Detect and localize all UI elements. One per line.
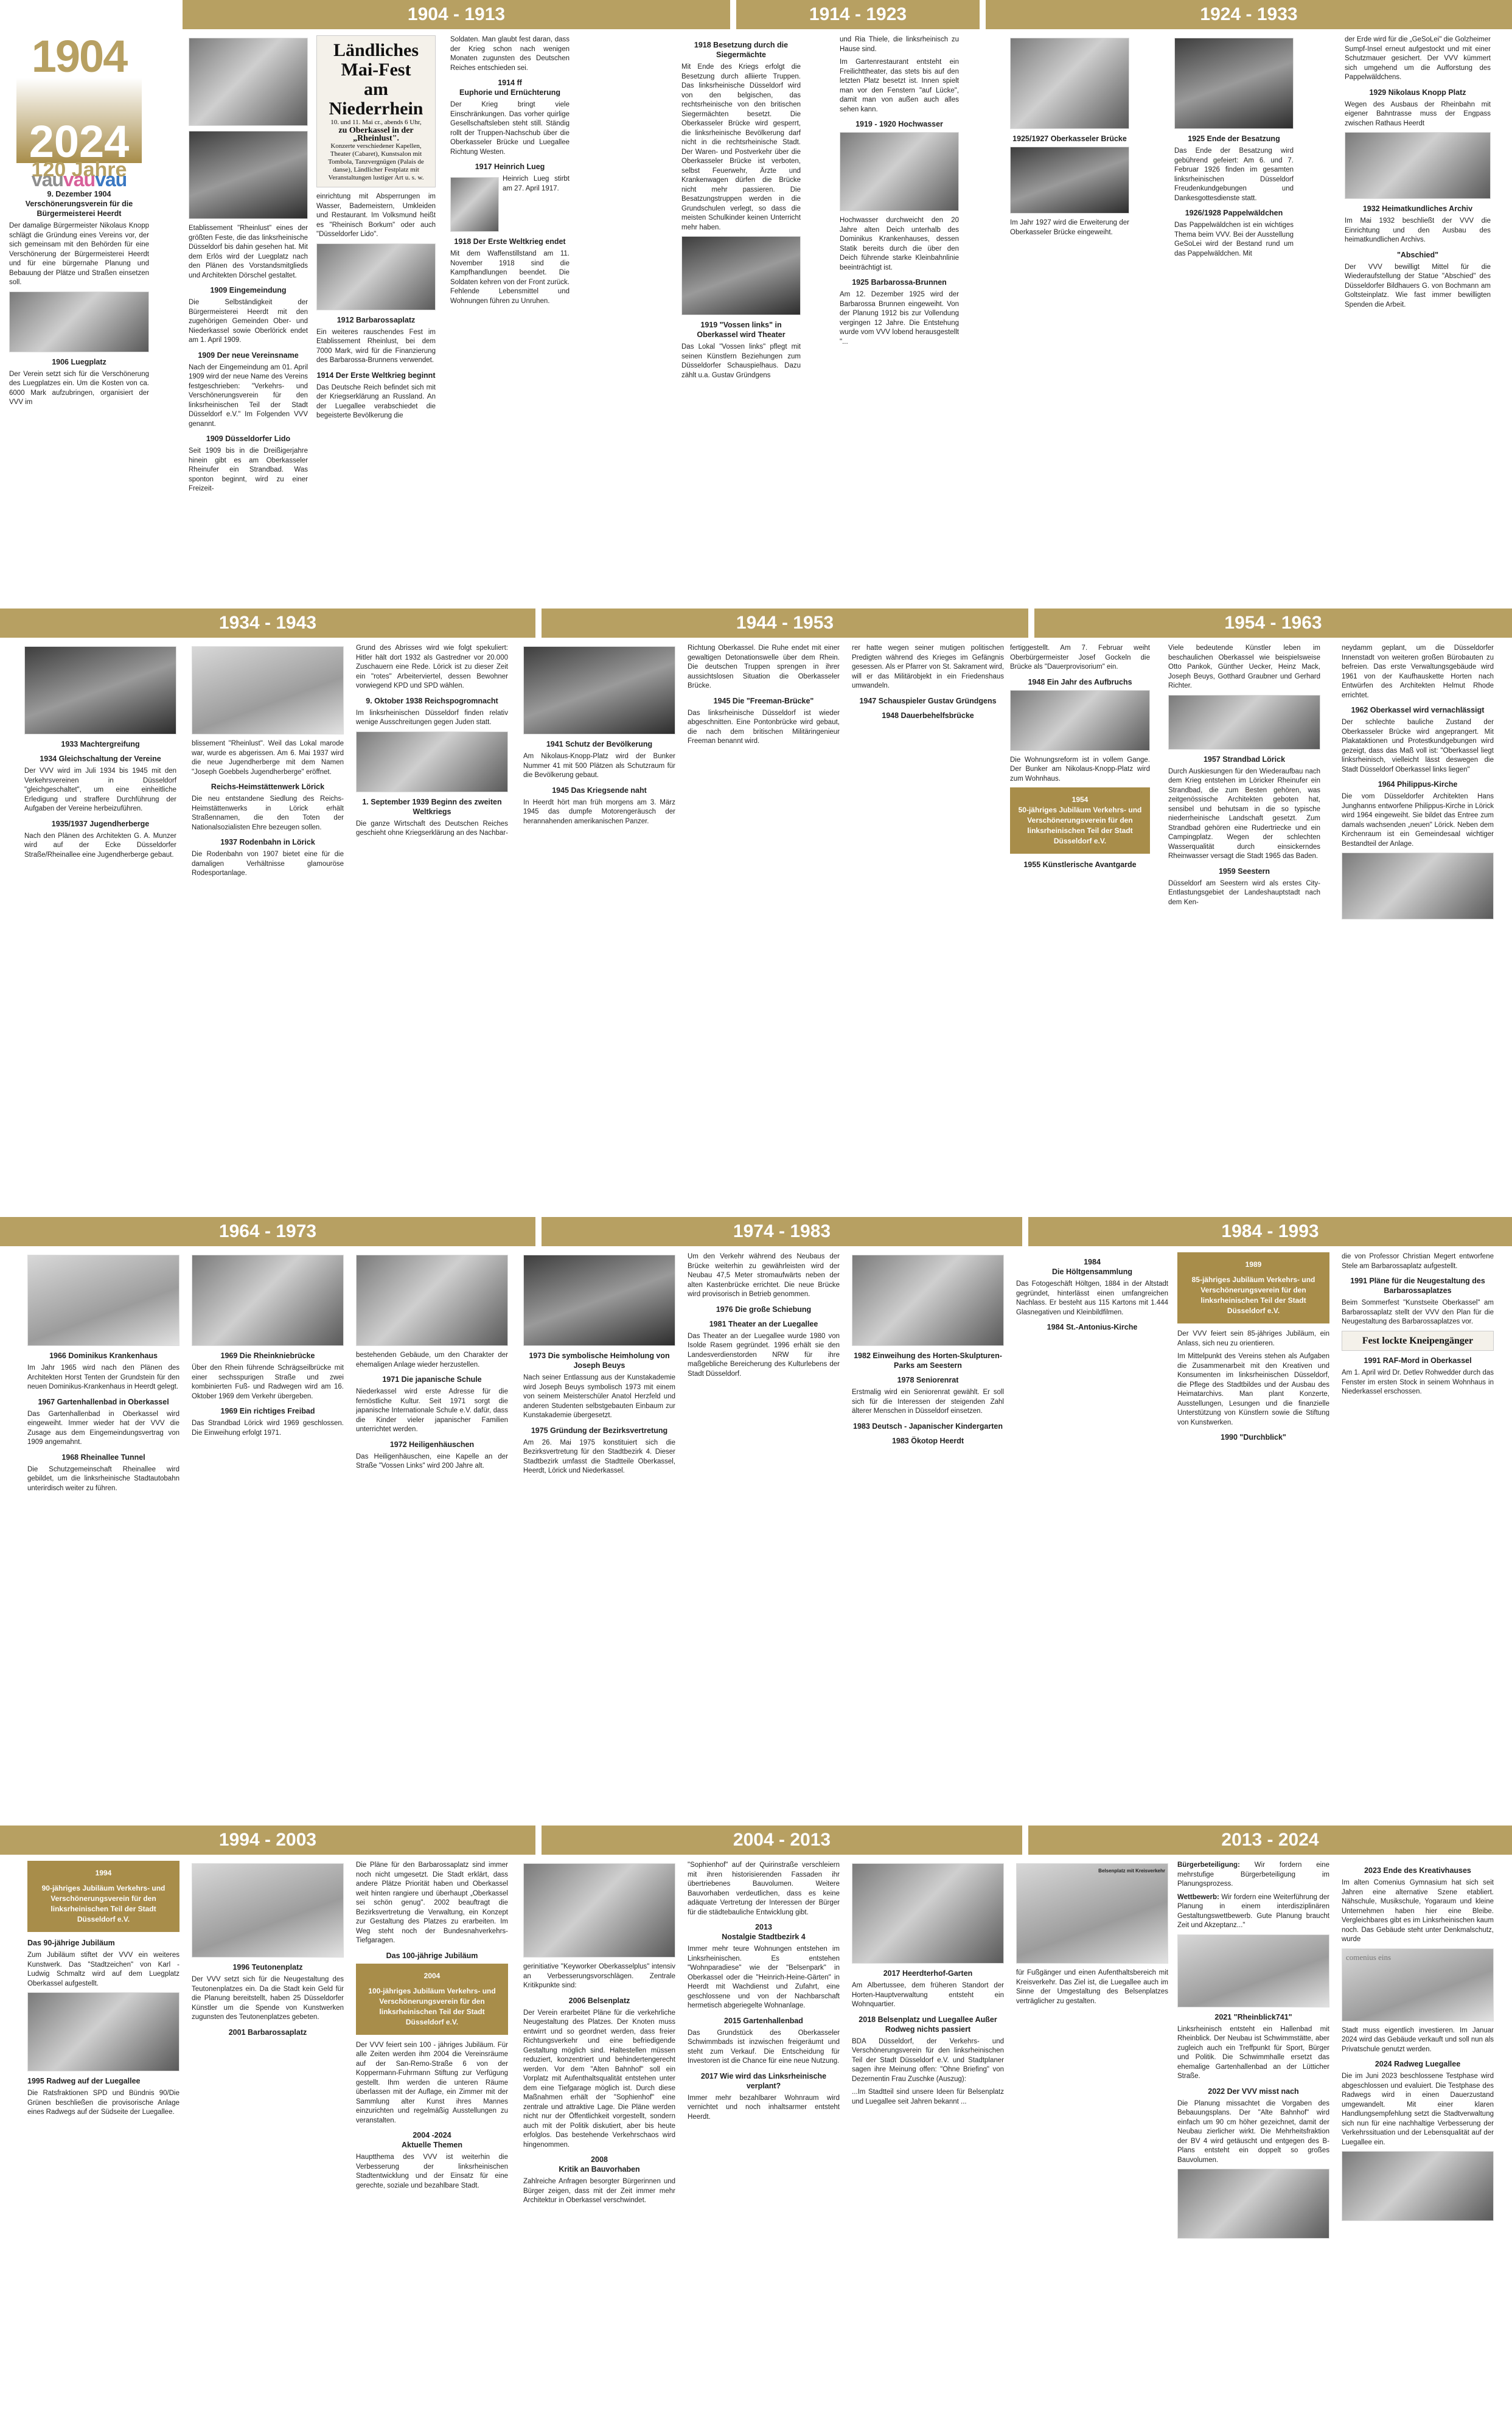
- section-title: 1966 Dominikus Krankenhaus: [27, 1351, 179, 1361]
- column-bruecke: 1925/1927 Oberkasseler Brücke Im Jahr 19…: [1010, 35, 1129, 601]
- section-text: Das linksrheinische Düsseldorf ist wiede…: [688, 709, 840, 747]
- decade-header-1974: 1974 - 1983: [542, 1217, 1022, 1246]
- section-title: 2018 Belsenplatz und Luegallee Außer Rod…: [852, 2015, 1004, 2034]
- section-title: 1909 Düsseldorfer Lido: [189, 434, 308, 444]
- decade-header-1914: 1914 - 1923: [736, 0, 980, 29]
- section-text: Im Gartenrestaurant entsteht ein Freilic…: [840, 58, 959, 114]
- section-title: 1914 ffEuphorie und Ernüchterung: [450, 78, 570, 97]
- section-title: 2006 Belsenplatz: [523, 1996, 675, 2006]
- section-text: Das Strandbad Lörick wird 1969 geschloss…: [192, 1419, 344, 1438]
- jubilee-box-2004: 2004100-jähriges Jubiläum Verkehrs- und …: [356, 1964, 508, 2035]
- photo-pogrom: [356, 731, 508, 792]
- section-title: 1983 Ökotop Heerdt: [852, 1436, 1004, 1446]
- photo-dominikus: [27, 1255, 179, 1346]
- column-1914: Soldaten. Man glaubt fest daran, dass de…: [450, 35, 570, 601]
- section-text: gerinitiative "Keyworker Oberkasselplus"…: [523, 1962, 675, 1991]
- section-text: und Ria Thiele, die linksrheinisch zu Ha…: [840, 35, 959, 54]
- section-text: Erstmalig wird ein Seniorenrat gewählt. …: [852, 1388, 1004, 1417]
- section-text: Der Krieg bringt viele Einschränkungen. …: [450, 100, 570, 157]
- section-title: Das 90-jährige Jubiläum: [27, 1938, 179, 1948]
- section-text: Niederkassel wird erste Adresse für die …: [356, 1387, 508, 1435]
- decade-header-1954: 1954 - 1963: [1034, 608, 1512, 638]
- column-1973: 1973 Die symbolische Heimholung von Jose…: [523, 1252, 675, 1818]
- column-1966: 1966 Dominikus Krankenhaus Im Jahr 1965 …: [27, 1252, 179, 1818]
- photo-comenius: comenius eins: [1342, 1948, 1494, 2021]
- column-1962: neydamm geplant, um die Düsseldorfer Inn…: [1342, 644, 1494, 1210]
- photo-see: [852, 1863, 1004, 1964]
- section-title: 1912 Barbarossaplatz: [316, 315, 436, 325]
- photo-luegplatz: [9, 291, 149, 352]
- section-text: Die Wohnungsreform ist in vollem Gange. …: [1010, 756, 1150, 784]
- section-text: Zum Jubiläum stiftet der VVV ein weitere…: [27, 1951, 179, 1989]
- section-text: Das Gartenhallenbad in Oberkassel wird e…: [27, 1410, 179, 1448]
- photo-stadtzeichen: [27, 1992, 179, 2071]
- column-2021: Bürgerbeteiligung: Wir fordern eine mehr…: [1177, 1861, 1329, 2427]
- newspaper-clipping: Fest lockte Kneipengänger: [1342, 1331, 1494, 1351]
- column-2006: gerinitiative "Keyworker Oberkasselplus"…: [523, 1861, 675, 2427]
- section-text: Linksrheinisch entsteht ein Hallenbad mi…: [1177, 2025, 1329, 2082]
- band-1994-2024: 1994 - 2003 2004 - 2013 2013 - 2024 1994…: [0, 1826, 1512, 2434]
- column-1929: der Erde wird für die „GeSoLei" die Golz…: [1345, 35, 1491, 601]
- section-title: 1941 Schutz der Bevölkerung: [523, 739, 675, 749]
- section-title: 2015 Gartenhallenbad: [688, 2016, 840, 2026]
- section-text: Nach der Eingemeindung am 01. April 1909…: [189, 363, 308, 430]
- section-text: "Sophienhof" auf der Quirinstraße versch…: [688, 1861, 840, 1917]
- section-text: Die Selbständigkeit der Bürgermeisterei …: [189, 298, 308, 346]
- section-text: Im linksrheinischen Düsseldorf finden re…: [356, 709, 508, 728]
- photo-aufbruch: [1010, 690, 1150, 751]
- decade-header-1924: 1924 - 1933: [986, 0, 1512, 29]
- decade-header-2004: 2004 - 2013: [542, 1826, 1022, 1855]
- section-text: Der Verein setzt sich für die Verschöner…: [9, 370, 149, 408]
- column-2013: "Sophienhof" auf der Quirinstraße versch…: [688, 1861, 840, 2427]
- section-text: Die vom Düsseldorfer Architekten Hans Ju…: [1342, 792, 1494, 849]
- section-text: blissement "Rheinlust". Weil das Lokal m…: [192, 739, 344, 777]
- section-title: 1982 Einweihung des Horten-Skulpturen-Pa…: [852, 1351, 1004, 1370]
- column-1982: 1982 Einweihung des Horten-Skulpturen-Pa…: [852, 1252, 1004, 1818]
- logo-year-start: 1904: [9, 35, 149, 78]
- section-title: 1945 Das Kriegsende naht: [523, 786, 675, 795]
- section-text: Im Mai 1932 beschließt der VVV die Einri…: [1345, 217, 1491, 245]
- column-rheinlust: Etablissement "Rheinlust" eines der größ…: [189, 35, 308, 601]
- section-title: 2013Nostalgie Stadtbezirk 4: [688, 1922, 840, 1942]
- decade-header-1944: 1944 - 1953: [542, 608, 1028, 638]
- section-text: Hochwasser durchweicht den 20 Jahre alte…: [840, 216, 959, 273]
- photo-aerial-rhein: [192, 1255, 344, 1346]
- section-text: Der VVV wird im Juli 1934 bis 1945 mit d…: [24, 767, 176, 814]
- decade-header-1994: 1994 - 2003: [0, 1826, 535, 1855]
- section-title: 1929 Nikolaus Knopp Platz: [1345, 88, 1491, 97]
- section-title: Reichs-Heimstättenwerk Lörick: [192, 782, 344, 792]
- column-1994: 199490-jähriges Jubiläum Verkehrs- und V…: [27, 1861, 179, 2427]
- section-title: 1976 Die große Schiebung: [688, 1305, 840, 1314]
- section-title: 1978 Seniorenrat: [852, 1375, 1004, 1385]
- section-text: Seit 1909 bis in die Dreißigerjahre hine…: [189, 447, 308, 494]
- logo-brand: vauvauvau: [9, 175, 149, 185]
- section-title: 1925 Ende der Besatzung: [1174, 134, 1294, 144]
- section-title: 1909 Der neue Vereinsname: [189, 350, 308, 360]
- section-text: Am Albertussee, dem früheren Standort de…: [852, 1981, 1004, 2010]
- column-1919: und Ria Thiele, die linksrheinisch zu Ha…: [840, 35, 959, 601]
- section-title: 1981 Theater an der Luegallee: [688, 1319, 840, 1329]
- founding-title: 9. Dezember 1904Verschönerungsverein für…: [9, 189, 149, 218]
- section-title: 2001 Barbarossaplatz: [192, 2028, 344, 2037]
- section-text: Das Lokal "Vossen links" pflegt mit sein…: [681, 343, 801, 380]
- section-text: Wegen des Ausbaus der Rheinbahn mit eige…: [1345, 100, 1491, 129]
- section-title: 1969 Ein richtiges Freibad: [192, 1406, 344, 1416]
- section-text: rer hatte wegen seiner mutigen politisch…: [852, 644, 1004, 691]
- section-text: Über den Rhein führende Schrägseilbrücke…: [192, 1364, 344, 1401]
- section-text: Düsseldorf am Seestern wird als erstes C…: [1168, 879, 1320, 908]
- section-title: 2024 Radweg Luegallee: [1342, 2059, 1494, 2069]
- section-text: Am 12. Dezember 1925 wird der Barbarossa…: [840, 290, 959, 347]
- section-text: Viele bedeutende Künstler leben im besch…: [1168, 644, 1320, 691]
- section-title: 1996 Teutonenplatz: [192, 1962, 344, 1972]
- section-title: 1995 Radweg auf der Luegallee: [27, 2076, 179, 2086]
- column-1938: Grund des Abrisses wird wie folgt spekul…: [356, 644, 508, 1210]
- section-title: 1918 Der Erste Weltkrieg endet: [450, 237, 570, 246]
- photo-besatzung: [1174, 38, 1294, 129]
- section-title: 1975 Gründung der Bezirksvertretung: [523, 1426, 675, 1435]
- section-text: ...Im Stadtteil sind unsere Ideen für Be…: [852, 2088, 1004, 2107]
- section-text: Um den Verkehr während des Neubaus der B…: [688, 1252, 840, 1300]
- section-title: 2017 Wie wird das Linksrheinische verpla…: [688, 2071, 840, 2091]
- founding-text: Der damalige Bürgermeister Nikolaus Knop…: [9, 221, 149, 288]
- section-text: bestehenden Gebäude, um den Charakter de…: [356, 1351, 508, 1370]
- section-title: 1969 Die Rheinkniebrücke: [192, 1351, 344, 1361]
- photo-oekotop: [852, 1255, 1004, 1346]
- timeline-poster: 1904 - 1913 1914 - 1923 1924 - 1933 1904…: [0, 0, 1512, 2434]
- photo-teutonenplatz: [192, 1863, 344, 1958]
- section-title: 2021 "Rheinblick741": [1177, 2012, 1329, 2022]
- section-text: Am Nikolaus-Knopp-Platz wird der Bunker …: [523, 752, 675, 781]
- section-title: 1973 Die symbolische Heimholung von Jose…: [523, 1351, 675, 1370]
- section-title: 1972 Heiligenhäuschen: [356, 1440, 508, 1449]
- column-1945: Richtung Oberkassel. Die Ruhe endet mit …: [688, 644, 840, 1210]
- section-title: 1906 Luegplatz: [9, 357, 149, 367]
- section-title: 1947 Schauspieler Gustav Gründgens: [852, 696, 1004, 706]
- section-text: Das Pappelwäldchen ist ein wichtiges The…: [1174, 221, 1294, 259]
- section-text: Die neu entstandene Siedlung des Reichs-…: [192, 795, 344, 832]
- section-text: Mit Ende des Kriegs erfolgt die Besetzun…: [681, 63, 801, 232]
- decade-header-1984: 1984 - 1993: [1028, 1217, 1512, 1246]
- section-text: einrichtung mit Absperrungen im Wasser, …: [316, 192, 436, 240]
- column-besetzung: 1918 Besetzung durch die Siegermächte Mi…: [681, 35, 801, 601]
- column-1976: Um den Verkehr während des Neubaus der B…: [688, 1252, 840, 1818]
- section-title: 1948 Dauerbehelfsbrücke: [852, 711, 1004, 720]
- photo-rathaus-heerdt: [1345, 132, 1491, 199]
- section-title: 1934 Gleichschaltung der Vereine: [24, 754, 176, 764]
- section-text: neydamm geplant, um die Düsseldorfer Inn…: [1342, 644, 1494, 700]
- section-title: 1937 Rodenbahn in Lörick: [192, 837, 344, 847]
- section-title: 2004 -2024Aktuelle Themen: [356, 2130, 508, 2150]
- section-title: 1945 Die "Freeman-Brücke": [688, 696, 840, 706]
- band-1904-1933: 1904 - 1913 1914 - 1923 1924 - 1933 1904…: [0, 0, 1512, 608]
- column-1948: fertiggestellt. Am 7. Februar weiht Ober…: [1010, 644, 1150, 1210]
- column-jugendherberge: blissement "Rheinlust". Weil das Lokal m…: [192, 644, 344, 1210]
- section-text: Grund des Abrisses wird wie folgt spekul…: [356, 644, 508, 691]
- section-title: 2008Kritik an Bauvorhaben: [523, 2155, 675, 2174]
- decade-header-1964: 1964 - 1973: [0, 1217, 535, 1246]
- section-title: 1967 Gartenhallenbad in Oberkassel: [27, 1397, 179, 1407]
- section-text: Etablissement "Rheinlust" eines der größ…: [189, 224, 308, 281]
- section-text: BDA Düsseldorf, der Verkehrs- und Versch…: [852, 2037, 1004, 2085]
- section-text: In Heerdt hört man früh morgens am 3. Mä…: [523, 798, 675, 827]
- section-text: der Erde wird für die „GeSoLei" die Golz…: [1345, 35, 1491, 83]
- decade-header-1934: 1934 - 1943: [0, 608, 535, 638]
- column-1933: 1933 Machtergreifung 1934 Gleichschaltun…: [24, 644, 176, 1210]
- section-text: Die Schutzgemeinschaft Rheinallee wird g…: [27, 1465, 179, 1494]
- section-text: Im Jahr 1965 wird nach den Plänen des Ar…: [27, 1364, 179, 1392]
- column-1941: 1941 Schutz der Bevölkerung Am Nikolaus-…: [523, 644, 675, 1210]
- photo-rheinufer: [189, 131, 308, 219]
- section-title: 2023 Ende des Kreativhauses: [1342, 1866, 1494, 1875]
- section-text: Das Theater an der Luegallee wurde 1980 …: [688, 1332, 840, 1379]
- logo-year-end: 2024: [29, 120, 130, 163]
- column-1969: 1969 Die Rheinkniebrücke Über den Rhein …: [192, 1252, 344, 1818]
- section-title: 1909 Eingemeindung: [189, 285, 308, 295]
- section-title: 1983 Deutsch - Japanischer Kindergarten: [852, 1421, 1004, 1431]
- section-title: 1971 Die japanische Schule: [356, 1375, 508, 1384]
- jubilee-box-1994: 199490-jähriges Jubiläum Verkehrs- und V…: [27, 1861, 179, 1932]
- section-text: Die Rodenbahn von 1907 bietet eine für d…: [192, 850, 344, 879]
- section-title: 1957 Strandbad Lörick: [1168, 755, 1320, 764]
- section-title: 1962 Oberkassel wird vernachlässigt: [1342, 705, 1494, 715]
- section-title: 1991 Pläne für die Neugestaltung des Bar…: [1342, 1276, 1494, 1295]
- photo-hochwasser: [840, 132, 959, 211]
- section-text: Der VVV feiert sein 85-jähriges Jubiläum…: [1177, 1330, 1329, 1348]
- section-title: 1990 "Durchblick": [1177, 1432, 1329, 1442]
- decade-header-2013: 2013 - 2024: [1028, 1826, 1512, 1855]
- photo-strandbad-loerick: [1168, 695, 1320, 750]
- photo-philippus-kirche: [1342, 853, 1494, 919]
- photo-jugendherberge: [192, 646, 344, 734]
- column-1984: 1984Die Höltgensammlung Das Fotogeschäft…: [1016, 1252, 1168, 1818]
- section-title: 1984 St.-Antonius-Kirche: [1016, 1322, 1168, 1332]
- photo-beuys-einbaum: [523, 1255, 675, 1346]
- section-text: Die im Juni 2023 beschlossene Testphase …: [1342, 2072, 1494, 2147]
- column-2004: Die Pläne für den Barbarossaplatz sind i…: [356, 1861, 508, 2427]
- photo-barbarossaplatz: [1010, 38, 1129, 129]
- section-title: 1925/1927 Oberkasseler Brücke: [1010, 134, 1129, 144]
- column-2017: 2017 Heerdterhof-Garten Am Albertussee, …: [852, 1861, 1004, 2427]
- section-text: Die Ratsfraktionen SPD und Bündnis 90/Di…: [27, 2089, 179, 2118]
- photo-ruins: [523, 646, 675, 734]
- section-text: fertiggestellt. Am 7. Februar weiht Ober…: [1010, 644, 1150, 672]
- section-title: 1964 Philippus-Kirche: [1342, 779, 1494, 789]
- section-text: Der VVV setzt sich für die Neugestaltung…: [192, 1975, 344, 2023]
- section-text: Der VVV feiert sein 100 - jähriges Jubil…: [356, 2041, 508, 2126]
- section-title: 1917 Heinrich Lueg: [450, 162, 570, 172]
- section-title: 2022 Der VVV misst nach: [1177, 2087, 1329, 2096]
- jubilee-box-1989: 198985-jähriges Jubiläum Verkehrs- und V…: [1177, 1252, 1329, 1323]
- section-title: 1. September 1939 Beginn des zweiten Wel…: [356, 797, 508, 817]
- photo-rheinlust: [189, 38, 308, 126]
- section-text: Beim Sommerfest "Kunstseite Oberkassel" …: [1342, 1299, 1494, 1327]
- column-1996: 1996 Teutonenplatz Der VVV setzt sich fü…: [192, 1861, 344, 2427]
- section-title: 9. Oktober 1938 Reichspogromnacht: [356, 696, 508, 706]
- photo-belsenplatz-rendering: Belsenplatz mit Kreisverkehr: [1016, 1863, 1168, 1964]
- section-title: 1959 Seestern: [1168, 867, 1320, 876]
- section-text: Am 1. April wird Dr. Detlev Rohwedder du…: [1342, 1369, 1494, 1397]
- section-title: 1955 Künstlerische Avantgarde: [1010, 860, 1150, 870]
- section-title: 1932 Heimatkundliches Archiv: [1345, 204, 1491, 214]
- section-title: 1925 Barbarossa-Brunnen: [840, 277, 959, 287]
- section-text: Nach seiner Entlassung aus der Kunstakad…: [523, 1373, 675, 1421]
- section-title: 1968 Rheinallee Tunnel: [27, 1452, 179, 1462]
- photo-machtergreifung: [24, 646, 176, 734]
- section-title: 1919 - 1920 Hochwasser: [840, 119, 959, 129]
- column-1947: rer hatte wegen seiner mutigen politisch…: [852, 644, 1004, 1210]
- section-title: 1919 "Vossen links" in Oberkassel wird T…: [681, 320, 801, 340]
- section-title: 1933 Machtergreifung: [24, 739, 176, 749]
- section-text: Mit dem Waffenstillstand am 11. November…: [450, 249, 570, 306]
- section-text: Der schlechte bauliche Zustand der Oberk…: [1342, 718, 1494, 775]
- column-2018: Belsenplatz mit Kreisverkehr für Fußgäng…: [1016, 1861, 1168, 2427]
- section-text: Stadt muss eigentlich investieren. Im Ja…: [1342, 2026, 1494, 2055]
- section-text: Im alten Comenius Gymnasium hat sich sei…: [1342, 1878, 1494, 1945]
- section-title: "Abschied": [1345, 250, 1491, 260]
- section-title: 1926/1928 Pappelwäldchen: [1174, 208, 1294, 218]
- section-text: Das Deutsche Reich befindet sich mit der…: [316, 383, 436, 421]
- photo-soldiers: [681, 236, 801, 315]
- band-1934-1963: 1934 - 1943 1944 - 1953 1954 - 1963 1933…: [0, 608, 1512, 1217]
- section-text: Richtung Oberkassel. Die Ruhe endet mit …: [688, 644, 840, 691]
- jubilee-box-1954: 195450-jähriges Jubiläum Verkehrs- und V…: [1010, 787, 1150, 854]
- band-1964-1993: 1964 - 1973 1974 - 1983 1984 - 1993 1966…: [0, 1217, 1512, 1826]
- section-title: 1914 Der Erste Weltkrieg beginnt: [316, 371, 436, 380]
- section-text: Das Ende der Besatzung wird gebührend ge…: [1174, 147, 1294, 203]
- photo-rheinblick: [1177, 1934, 1329, 2007]
- section-text: die von Professor Christian Megert entwo…: [1342, 1252, 1494, 1271]
- section-text: Der Verein erarbeitet Pläne für die verk…: [523, 2009, 675, 2150]
- section-text: Das Fotogeschäft Höltgen, 1884 in der Al…: [1016, 1280, 1168, 1317]
- section-text: Die Planung missachtet die Vorgaben des …: [1177, 2099, 1329, 2166]
- photo-radweg-luegallee: [1342, 2151, 1494, 2221]
- section-text: Die ganze Wirtschaft des Deutschen Reich…: [356, 820, 508, 839]
- section-text: Durch Auskiesungen für den Wiederaufbau …: [1168, 767, 1320, 862]
- section-title: 1918 Besetzung durch die Siegermächte: [681, 40, 801, 60]
- column-1957: Viele bedeutende Künstler leben im besch…: [1168, 644, 1320, 1210]
- column-1971: bestehenden Gebäude, um den Charakter de…: [356, 1252, 508, 1818]
- column-maifest: Ländliches Mai-Fest am Niederrhein 10. u…: [316, 35, 436, 601]
- photo-heinrich-lueg: [450, 177, 499, 232]
- section-text: Am 26. Mai 1975 konstituiert sich die Be…: [523, 1438, 675, 1476]
- section-title: 2017 Heerdterhof-Garten: [852, 1968, 1004, 1978]
- section-title: Das 100-jährige Jubiläum: [356, 1951, 508, 1961]
- photo-belsenplatz: [523, 1863, 675, 1958]
- column-logo: 1904 2024 120 Jahre vauvauvau 9. Dezembe…: [9, 35, 149, 601]
- section-text: Im Mittelpunkt des Vereins stehen als Au…: [1177, 1352, 1329, 1428]
- section-text: Das Heiligenhäuschen, eine Kapelle an de…: [356, 1452, 508, 1471]
- decade-header-1904: 1904 - 1913: [183, 0, 730, 29]
- section-text: Im Jahr 1927 wird die Erweiterung der Ob…: [1010, 218, 1129, 237]
- section-text: Die Pläne für den Barbarossaplatz sind i…: [356, 1861, 508, 1946]
- photo-park-aerial: [356, 1255, 508, 1346]
- maifest-poster: Ländliches Mai-Fest am Niederrhein 10. u…: [316, 35, 436, 187]
- photo-baustelle: [1177, 2169, 1329, 2239]
- section-text: Immer mehr teure Wohnungen entstehen im …: [688, 1945, 840, 2011]
- section-title: 1935/1937 Jugendherberge: [24, 819, 176, 829]
- section-text: Ein weiteres rauschendes Fest im Etablis…: [316, 328, 436, 366]
- section-text: Das Grundstück des Oberkasseler Schwimmb…: [688, 2029, 840, 2066]
- section-text: für Fußgänger und einen Aufenthaltsberei…: [1016, 1968, 1168, 2006]
- photo-bruecke: [1010, 147, 1129, 214]
- section-text: Zahlreiche Anfragen besorgter Bürgerinne…: [523, 2177, 675, 2206]
- section-text: Nach den Plänen des Architekten G. A. Mu…: [24, 832, 176, 860]
- section-text: Der VVV bewilligt Mittel für die Wiedera…: [1345, 263, 1491, 310]
- photo-strandbad: [316, 243, 436, 310]
- section-text: Immer mehr bezahlbarer Wohnraum wird ver…: [688, 2094, 840, 2122]
- column-1925: 1925 Ende der Besatzung Das Ende der Bes…: [1174, 35, 1294, 601]
- section-title: 1948 Ein Jahr des Aufbruchs: [1010, 677, 1150, 687]
- column-1989: 198985-jähriges Jubiläum Verkehrs- und V…: [1177, 1252, 1329, 1818]
- section-title: 1991 RAF-Mord in Oberkassel: [1342, 1356, 1494, 1365]
- section-title: 1984Die Höltgensammlung: [1016, 1257, 1168, 1277]
- column-2023: 2023 Ende des Kreativhauses Im alten Com…: [1342, 1861, 1494, 2427]
- section-text: Hauptthema des VVV ist weiterhin die Ver…: [356, 2153, 508, 2191]
- section-text: Soldaten. Man glaubt fest daran, dass de…: [450, 35, 570, 73]
- anniversary-logo: 1904 2024 120 Jahre vauvauvau: [9, 35, 149, 184]
- column-1991: die von Professor Christian Megert entwo…: [1342, 1252, 1494, 1818]
